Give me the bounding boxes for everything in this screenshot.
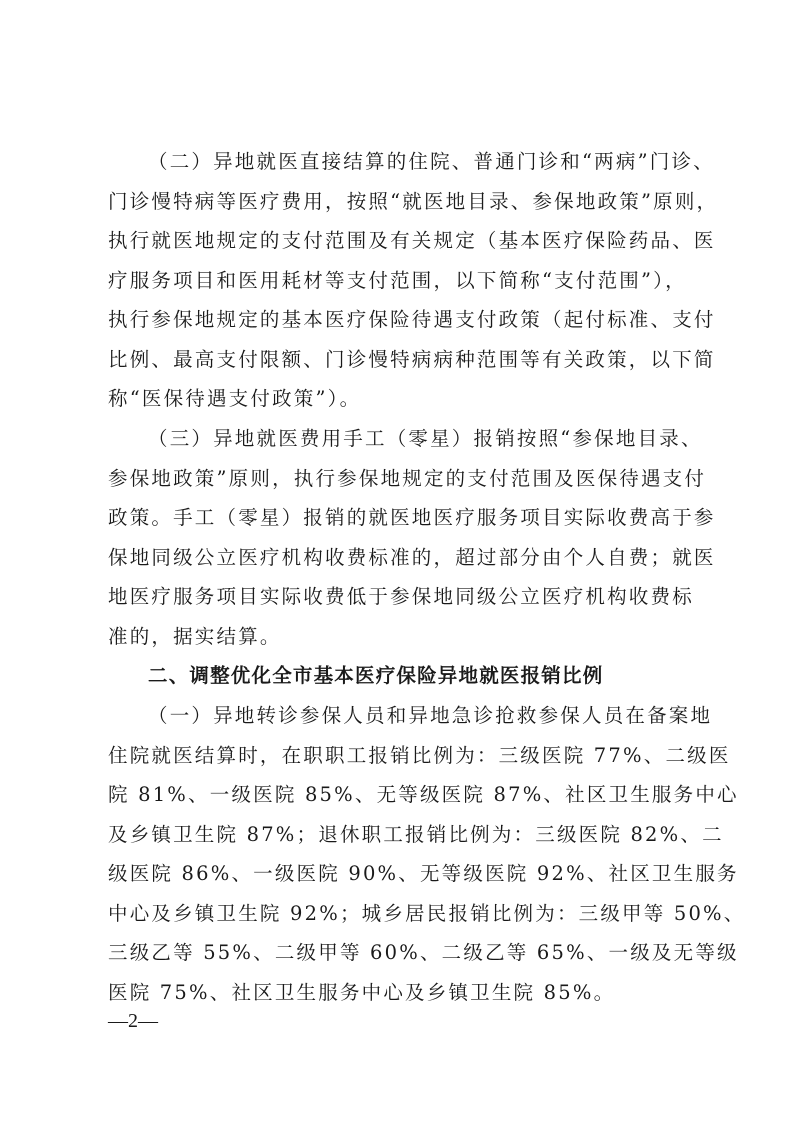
text-line: 中心及乡镇卫生院 92%；城乡居民报销比例为：三级甲等 50%、 xyxy=(108,894,688,934)
text-line: 参保地政策”原则，执行参保地规定的支付范围及医保待遇支付 xyxy=(108,459,688,499)
text-line: （三）异地就医费用手工（零星）报销按照“参保地目录、 xyxy=(108,419,688,459)
paragraph-manual-reimbursement: （三）异地就医费用手工（零星）报销按照“参保地目录、 参保地政策”原则，执行参保… xyxy=(108,419,688,656)
text-line: 及乡镇卫生院 87%；退休职工报销比例为：三级医院 82%、二 xyxy=(108,815,688,855)
text-line: 疗服务项目和医用耗材等支付范围，以下简称“支付范围”）， xyxy=(108,261,688,301)
text-line: 门诊慢特病等医疗费用，按照“就医地目录、参保地政策”原则， xyxy=(108,182,688,222)
text-line: 执行参保地规定的基本医疗保险待遇支付政策（起付标准、支付 xyxy=(108,300,688,340)
text-line: （二）异地就医直接结算的住院、普通门诊和“两病”门诊、 xyxy=(108,142,688,182)
text-line: 保地同级公立医疗机构收费标准的，超过部分由个人自费；就医 xyxy=(108,538,688,578)
paragraph-direct-settlement: （二）异地就医直接结算的住院、普通门诊和“两病”门诊、 门诊慢特病等医疗费用，按… xyxy=(108,142,688,419)
text-line: 地医疗服务项目实际收费低于参保地同级公立医疗机构收费标 xyxy=(108,577,688,617)
text-line: 准的，据实结算。 xyxy=(108,617,688,657)
section-heading: 二、调整优化全市基本医疗保险异地就医报销比例 xyxy=(108,656,688,696)
text-line: 执行就医地规定的支付范围及有关规定（基本医疗保险药品、医 xyxy=(108,221,688,261)
paragraph-reimbursement-ratios: （一）异地转诊参保人员和异地急诊抢救参保人员在备案地 住院就医结算时，在职职工报… xyxy=(108,696,688,1012)
text-line: 比例、最高支付限额、门诊慢特病病种范围等有关政策，以下简 xyxy=(108,340,688,380)
text-line: 医院 75%、社区卫生服务中心及乡镇卫生院 85%。 xyxy=(108,973,688,1013)
document-page: （二）异地就医直接结算的住院、普通门诊和“两病”门诊、 门诊慢特病等医疗费用，按… xyxy=(0,0,793,1122)
text-line: （一）异地转诊参保人员和异地急诊抢救参保人员在备案地 xyxy=(108,696,688,736)
page-number: —2— xyxy=(108,1010,158,1033)
text-line: 三级乙等 55%、二级甲等 60%、二级乙等 65%、一级及无等级 xyxy=(108,933,688,973)
text-line: 住院就医结算时，在职职工报销比例为：三级医院 77%、二级医 xyxy=(108,736,688,776)
section-heading-text: 二、调整优化全市基本医疗保险异地就医报销比例 xyxy=(108,656,688,696)
text-line: 称“医保待遇支付政策”）。 xyxy=(108,379,688,419)
text-line: 院 81%、一级医院 85%、无等级医院 87%、社区卫生服务中心 xyxy=(108,775,688,815)
text-line: 级医院 86%、一级医院 90%、无等级医院 92%、社区卫生服务 xyxy=(108,854,688,894)
text-line: 政策。手工（零星）报销的就医地医疗服务项目实际收费高于参 xyxy=(108,498,688,538)
